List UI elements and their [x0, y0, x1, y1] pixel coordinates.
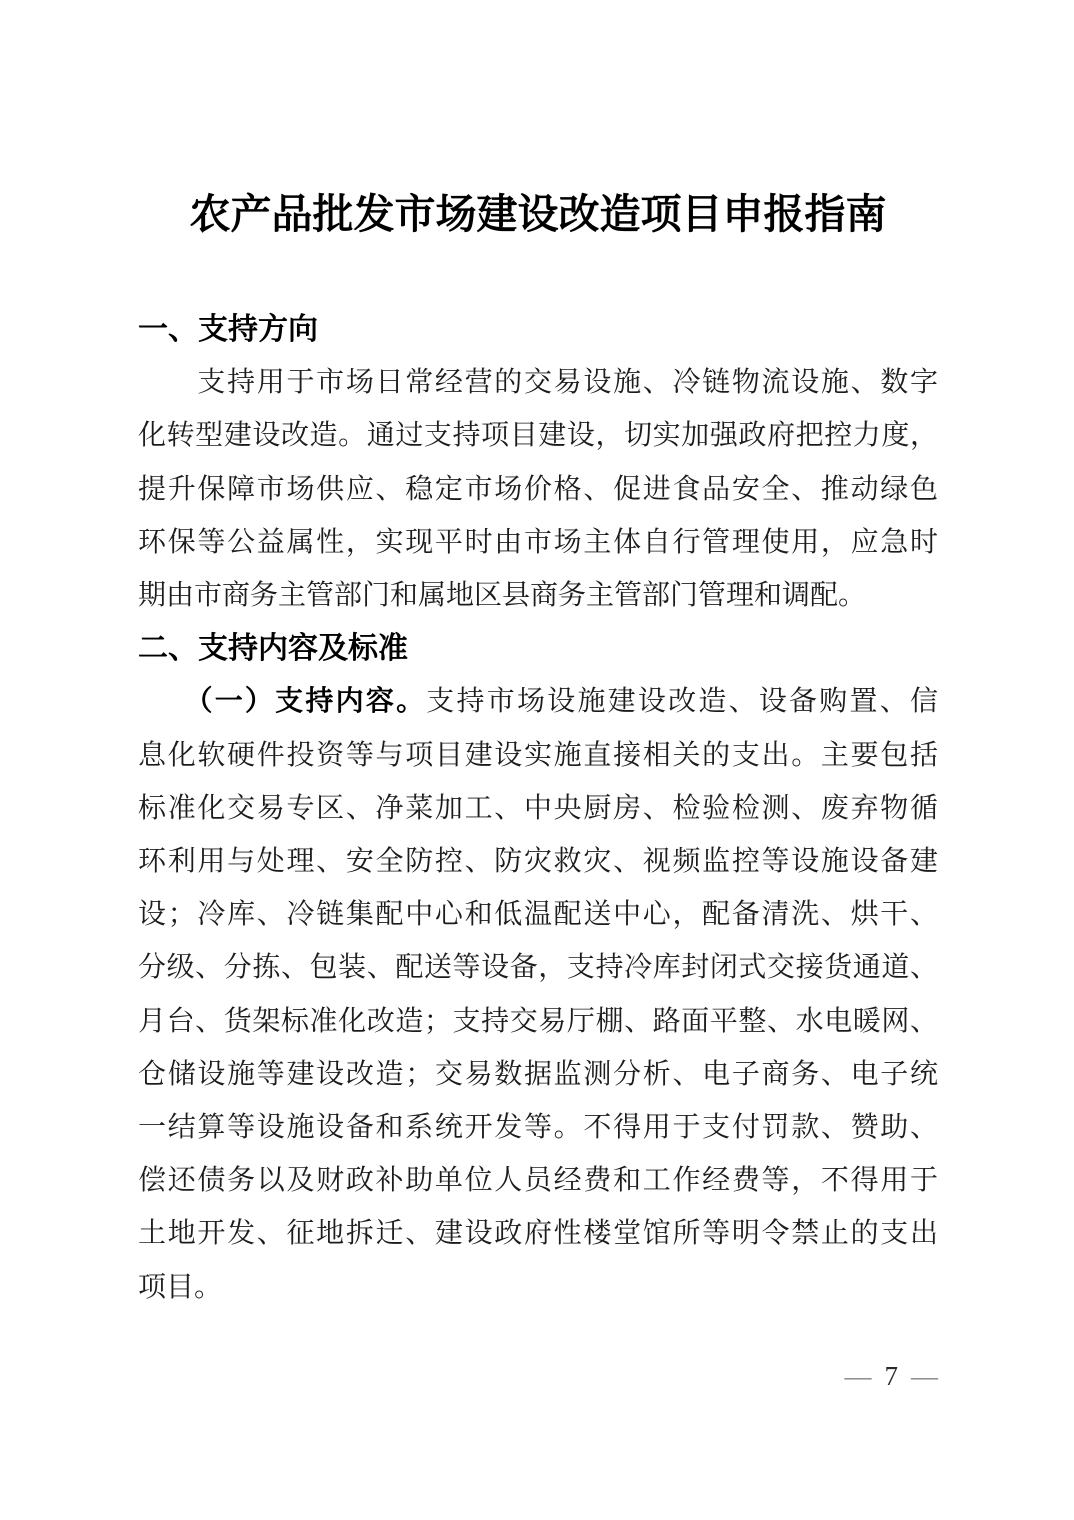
- paragraph-line: 仓储设施等建设改造；交易数据监测分析、电子商务、电子统: [138, 1048, 938, 1101]
- paragraph-line: 月台、货架标准化改造；支持交易厅棚、路面平整、水电暖网、: [138, 995, 938, 1048]
- paragraph-line: 环利用与处理、安全防控、防灾救灾、视频监控等设施设备建: [138, 835, 938, 888]
- paragraph-line: 支持用于市场日常经营的交易设施、冷链物流设施、数字: [138, 356, 938, 409]
- paragraph: 支持用于市场日常经营的交易设施、冷链物流设施、数字化转型建设改造。通过支持项目建…: [138, 356, 938, 622]
- paragraph-line: 提升保障市场供应、稳定市场价格、促进食品安全、推动绿色: [138, 463, 938, 516]
- paragraph-lines: 息化软硬件投资等与项目建设实施直接相关的支出。主要包括标准化交易专区、净菜加工、…: [138, 729, 938, 1314]
- footer-dash: —: [911, 1356, 938, 1396]
- section-heading: 一、支持方向: [138, 303, 938, 356]
- paragraph-line: 设；冷库、冷链集配中心和低温配送中心，配备清洗、烘干、: [138, 888, 938, 941]
- paragraph-line: 期由市商务主管部门和属地区县商务主管部门管理和调配。: [138, 569, 938, 622]
- paragraph-line: 分级、分拣、包装、配送等设备，支持冷库封闭式交接货通道、: [138, 941, 938, 994]
- footer-dash: —: [845, 1356, 872, 1396]
- document-content: 农产品批发市场建设改造项目申报指南 一、支持方向 支持用于市场日常经营的交易设施…: [138, 0, 938, 1314]
- paragraph-line: 一结算等设施设备和系统开发等。不得用于支付罚款、赞助、: [138, 1101, 938, 1154]
- paragraph-lead-text: 支持市场设施建设改造、设备购置、信: [426, 686, 938, 717]
- paragraph-line: 化转型建设改造。通过支持项目建设，切实加强政府把控力度，: [138, 409, 938, 462]
- document-page: 农产品批发市场建设改造项目申报指南 一、支持方向 支持用于市场日常经营的交易设施…: [0, 0, 1074, 1520]
- paragraph-line: （一）支持内容。支持市场设施建设改造、设备购置、信: [138, 675, 938, 728]
- page-title: 农产品批发市场建设改造项目申报指南: [138, 186, 938, 242]
- paragraph-line: 标准化交易专区、净菜加工、中央厨房、检验检测、废弃物循: [138, 782, 938, 835]
- paragraph-line: 环保等公益属性，实现平时由市场主体自行管理使用，应急时: [138, 516, 938, 569]
- page-footer: — 7 —: [845, 1356, 939, 1396]
- paragraph-line: 土地开发、征地拆迁、建设政府性楼堂馆所等明令禁止的支出: [138, 1207, 938, 1260]
- section-heading: 二、支持内容及标准: [138, 622, 938, 675]
- paragraph-lead-bold: （一）支持内容。: [138, 686, 426, 717]
- page-number: 7: [885, 1356, 899, 1396]
- paragraph-line: 偿还债务以及财政补助单位人员经费和工作经费等，不得用于: [138, 1154, 938, 1207]
- paragraph: （一）支持内容。支持市场设施建设改造、设备购置、信 息化软硬件投资等与项目建设实…: [138, 675, 938, 1313]
- paragraph-line: 项目。: [138, 1261, 938, 1314]
- section-support-content-standard: 二、支持内容及标准 （一）支持内容。支持市场设施建设改造、设备购置、信 息化软硬…: [138, 622, 938, 1314]
- paragraph-line: 息化软硬件投资等与项目建设实施直接相关的支出。主要包括: [138, 729, 938, 782]
- section-support-direction: 一、支持方向 支持用于市场日常经营的交易设施、冷链物流设施、数字化转型建设改造。…: [138, 303, 938, 622]
